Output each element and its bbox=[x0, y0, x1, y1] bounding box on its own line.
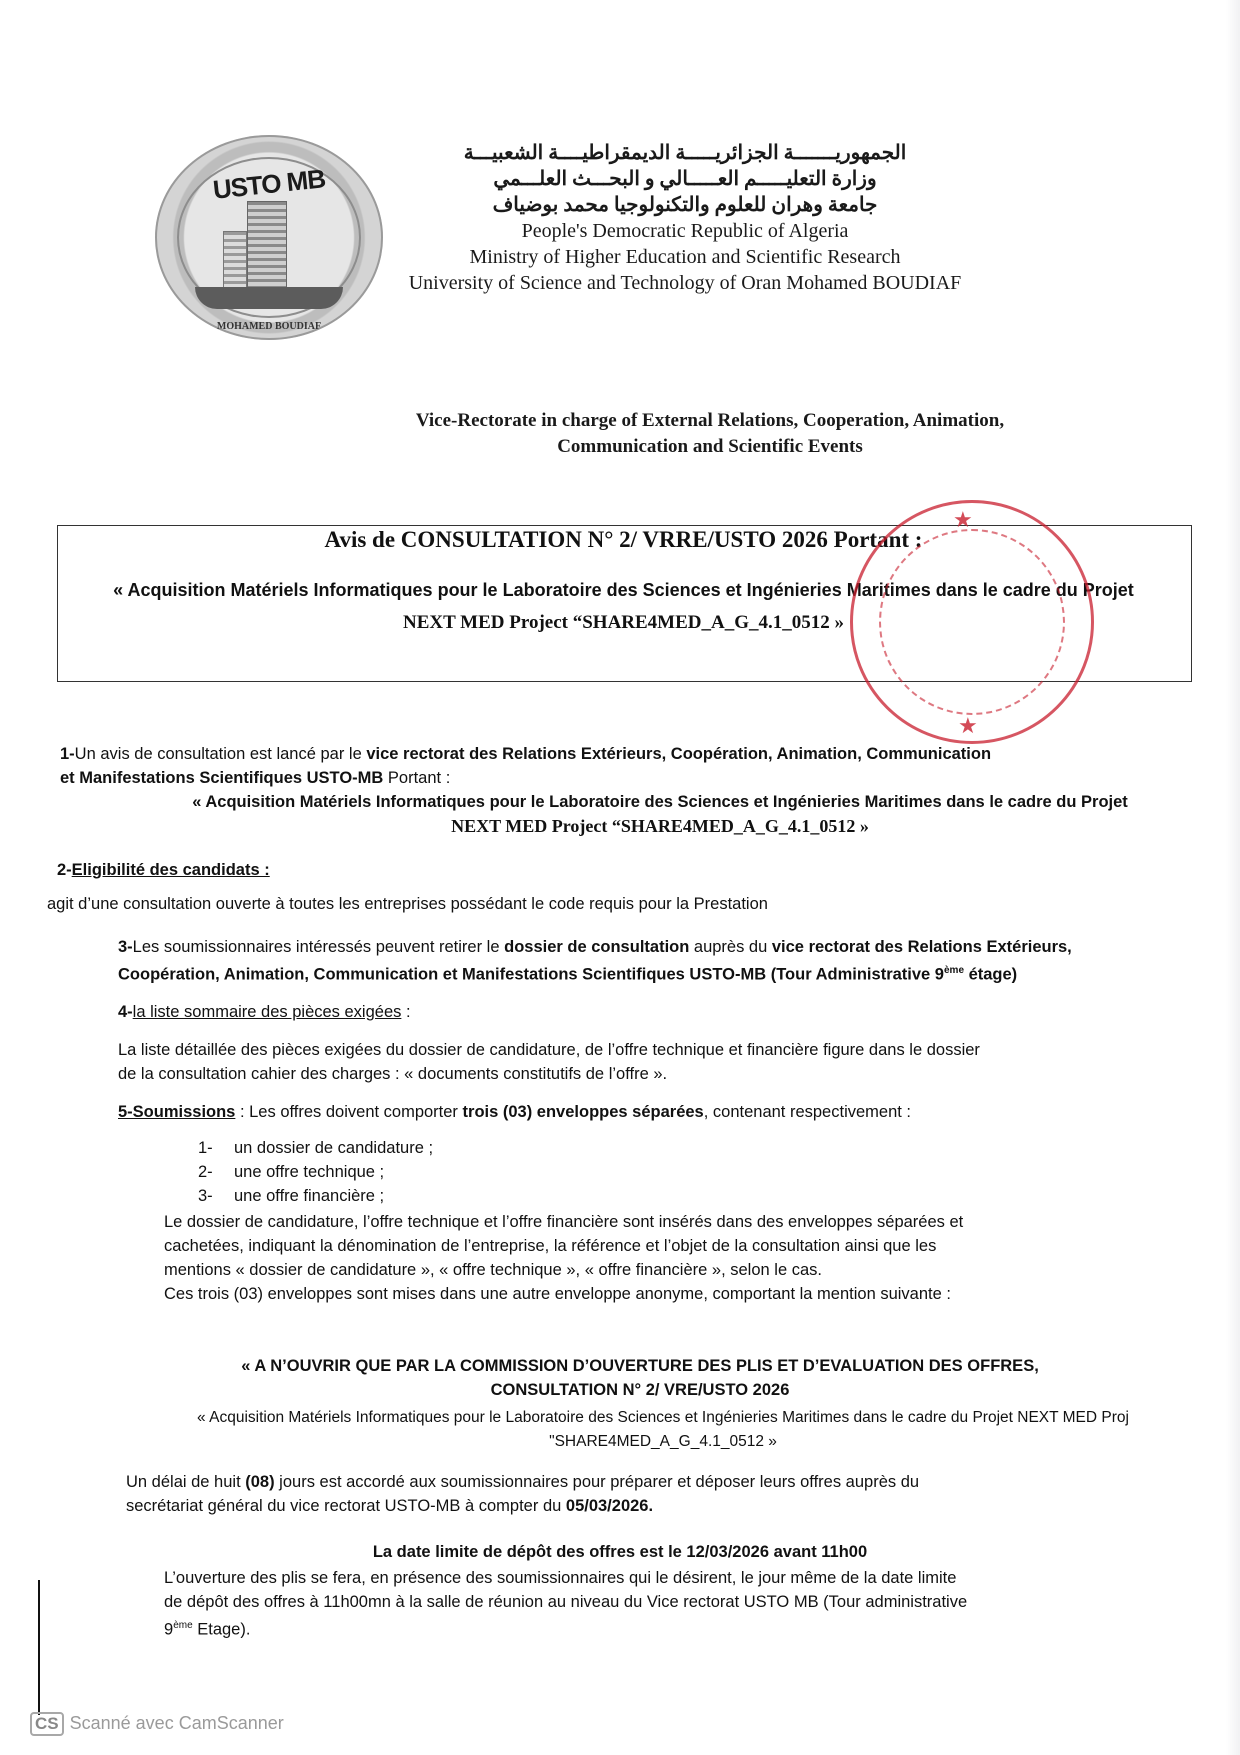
delay-paragraph: Un délai de huit (08) jours est accordé … bbox=[126, 1470, 1196, 1518]
opening-sup: ème bbox=[173, 1620, 192, 1631]
start-date: 05/03/2026. bbox=[566, 1497, 653, 1515]
envelope-mention-line1: « A N’OUVRIR QUE PAR LA COMMISSION D’OUV… bbox=[140, 1354, 1140, 1378]
logo-base bbox=[195, 287, 343, 309]
ministry-name: Ministry of Higher Education and Scienti… bbox=[390, 244, 980, 270]
arabic-republic: الجمهوريـــــــة الجزائريـــــة الديمقرا… bbox=[390, 140, 980, 166]
list-item-number: 2- bbox=[198, 1160, 234, 1184]
delay-text-c: jours est accordé aux soumissionnaires p… bbox=[275, 1473, 919, 1491]
delay-days: (08) bbox=[245, 1473, 274, 1491]
section-1-text: Un avis de consultation est lancé par le bbox=[75, 745, 367, 763]
vice-rectorate-line2: Communication and Scientific Events bbox=[340, 434, 1080, 460]
list-item: 3-une offre financière ; bbox=[198, 1184, 433, 1208]
arabic-university: جامعة وهران للعلوم والتكنولوجيا محمد بوض… bbox=[390, 192, 980, 218]
section-5-paragraph: Le dossier de candidature, l’offre techn… bbox=[164, 1210, 1224, 1306]
section-1-org: vice rectorat des Relations Extérieurs, … bbox=[366, 745, 991, 763]
logo-bottom-text: MOHAMED BOUDIAF bbox=[155, 321, 383, 332]
section-1-subject-line2: NEXT MED Project “SHARE4MED_A_G_4.1_0512… bbox=[140, 814, 1180, 838]
star-icon: ★ bbox=[958, 713, 978, 739]
section-5-para2: Ces trois (03) enveloppes sont mises dan… bbox=[164, 1282, 1224, 1306]
section-3-org-cont: Coopération, Animation, Communication et… bbox=[118, 966, 944, 984]
section-3-dossier: dossier de consultation bbox=[504, 938, 689, 956]
list-item-number: 3- bbox=[198, 1184, 234, 1208]
arabic-ministry: وزارة التعليـــــم العـــــالي و البحـــ… bbox=[390, 166, 980, 192]
envelope-subject-line1: « Acquisition Matériels Informatiques po… bbox=[88, 1406, 1238, 1430]
tower-icon bbox=[247, 201, 287, 293]
section-4-text: La liste détaillée des pièces exigées du… bbox=[118, 1038, 1198, 1086]
opening-line1: L’ouverture des plis se fera, en présenc… bbox=[164, 1566, 1224, 1590]
delay-text-a: Un délai de huit bbox=[126, 1473, 245, 1491]
opening-line2: de dépôt des offres à 11h00mn à la salle… bbox=[164, 1590, 1224, 1614]
section-4-colon: : bbox=[401, 1003, 410, 1021]
section-5-title: 5-Soumissions bbox=[118, 1103, 235, 1121]
opening-etage: Etage). bbox=[193, 1621, 251, 1639]
section-3-text: Les soumissionnaires intéressés peuvent … bbox=[133, 938, 504, 956]
building-icon bbox=[223, 231, 247, 293]
section-4-line1: La liste détaillée des pièces exigées du… bbox=[118, 1038, 1198, 1062]
list-item-number: 1- bbox=[198, 1136, 234, 1160]
opening-paragraph: L’ouverture des plis se fera, en présenc… bbox=[164, 1566, 1224, 1642]
section-5-para-line1: Le dossier de candidature, l’offre techn… bbox=[164, 1210, 1224, 1234]
list-item-label: une offre technique ; bbox=[234, 1163, 384, 1181]
section-1-subject-line1: « Acquisition Matériels Informatiques po… bbox=[140, 790, 1180, 814]
letterhead: الجمهوريـــــــة الجزائريـــــة الديمقرا… bbox=[390, 140, 980, 296]
camscanner-watermark: CSScanné avec CamScanner bbox=[30, 1712, 284, 1736]
section-4-number: 4- bbox=[118, 1003, 133, 1021]
section-3-etage: étage) bbox=[964, 966, 1017, 984]
delay-text-d: secrétariat général du vice rectorat UST… bbox=[126, 1497, 566, 1515]
section-3-org: vice rectorat des Relations Extérieurs, bbox=[772, 938, 1072, 956]
vice-rectorate-heading: Vice-Rectorate in charge of External Rel… bbox=[340, 408, 1080, 460]
section-1: 1-Un avis de consultation est lancé par … bbox=[60, 742, 1180, 790]
section-5-text-c: , contenant respectivement : bbox=[704, 1103, 911, 1121]
university-name: University of Science and Technology of … bbox=[390, 270, 980, 296]
camscanner-logo-icon: CS bbox=[30, 1712, 64, 1736]
section-3-number: 3- bbox=[118, 938, 133, 956]
star-icon: ★ bbox=[953, 507, 973, 533]
section-4-title: la liste sommaire des pièces exigées bbox=[133, 1003, 402, 1021]
section-5-envelopes: trois (03) enveloppes séparées bbox=[463, 1103, 704, 1121]
republic-name: People's Democratic Republic of Algeria bbox=[390, 218, 980, 244]
section-3-sup: ème bbox=[944, 965, 964, 976]
section-1-portant: Portant : bbox=[383, 769, 450, 787]
scan-edge-shadow bbox=[1226, 0, 1240, 1755]
list-item: 1-un dossier de candidature ; bbox=[198, 1136, 433, 1160]
official-stamp: ★ ★ bbox=[850, 500, 1094, 744]
deadline-limit: La date limite de dépôt des offres est l… bbox=[180, 1540, 1060, 1564]
section-1-number: 1- bbox=[60, 745, 75, 763]
section-2-number: 2- bbox=[57, 861, 72, 879]
section-3: 3-Les soumissionnaires intéressés peuven… bbox=[118, 935, 1208, 987]
stamp-inner-ring bbox=[879, 529, 1065, 715]
opening-floor: 9 bbox=[164, 1621, 173, 1639]
list-item-label: un dossier de candidature ; bbox=[234, 1139, 433, 1157]
section-5-para-line3: mentions « dossier de candidature », « o… bbox=[164, 1258, 1224, 1282]
section-1-subject: « Acquisition Matériels Informatiques po… bbox=[140, 790, 1180, 838]
section-3-text-c: auprès du bbox=[689, 938, 772, 956]
section-2-text: agit d’une consultation ouverte à toutes… bbox=[47, 892, 768, 916]
university-logo: USTO MB MOHAMED BOUDIAF bbox=[155, 135, 383, 340]
margin-line bbox=[38, 1580, 40, 1715]
envelope-mention-line2: CONSULTATION N° 2/ VRE/USTO 2026 bbox=[140, 1378, 1140, 1402]
list-item: 2-une offre technique ; bbox=[198, 1160, 433, 1184]
camscanner-text: Scanné avec CamScanner bbox=[70, 1713, 284, 1733]
section-5-heading: 5-Soumissions : Les offres doivent compo… bbox=[118, 1100, 1198, 1124]
section-5-para-line2: cachetées, indiquant la dénomination de … bbox=[164, 1234, 1224, 1258]
envelope-subject: « Acquisition Matériels Informatiques po… bbox=[88, 1406, 1238, 1454]
envelope-subject-line2: "SHARE4MED_A_G_4.1_0512 » bbox=[88, 1430, 1238, 1454]
section-2-title: Eligibilité des candidats : bbox=[72, 861, 270, 879]
section-4-heading: 4-la liste sommaire des pièces exigées : bbox=[118, 1000, 411, 1024]
list-item-label: une offre financière ; bbox=[234, 1187, 384, 1205]
section-5-text: : Les offres doivent comporter bbox=[235, 1103, 462, 1121]
section-1-org-cont: et Manifestations Scientifiques USTO-MB bbox=[60, 769, 383, 787]
section-4-line2: de la consultation cahier des charges : … bbox=[118, 1062, 1198, 1086]
envelope-list: 1-un dossier de candidature ; 2-une offr… bbox=[198, 1136, 433, 1208]
section-2-heading: 2-Eligibilité des candidats : bbox=[57, 858, 270, 882]
envelope-mention: « A N’OUVRIR QUE PAR LA COMMISSION D’OUV… bbox=[140, 1354, 1140, 1402]
vice-rectorate-line1: Vice-Rectorate in charge of External Rel… bbox=[340, 408, 1080, 434]
